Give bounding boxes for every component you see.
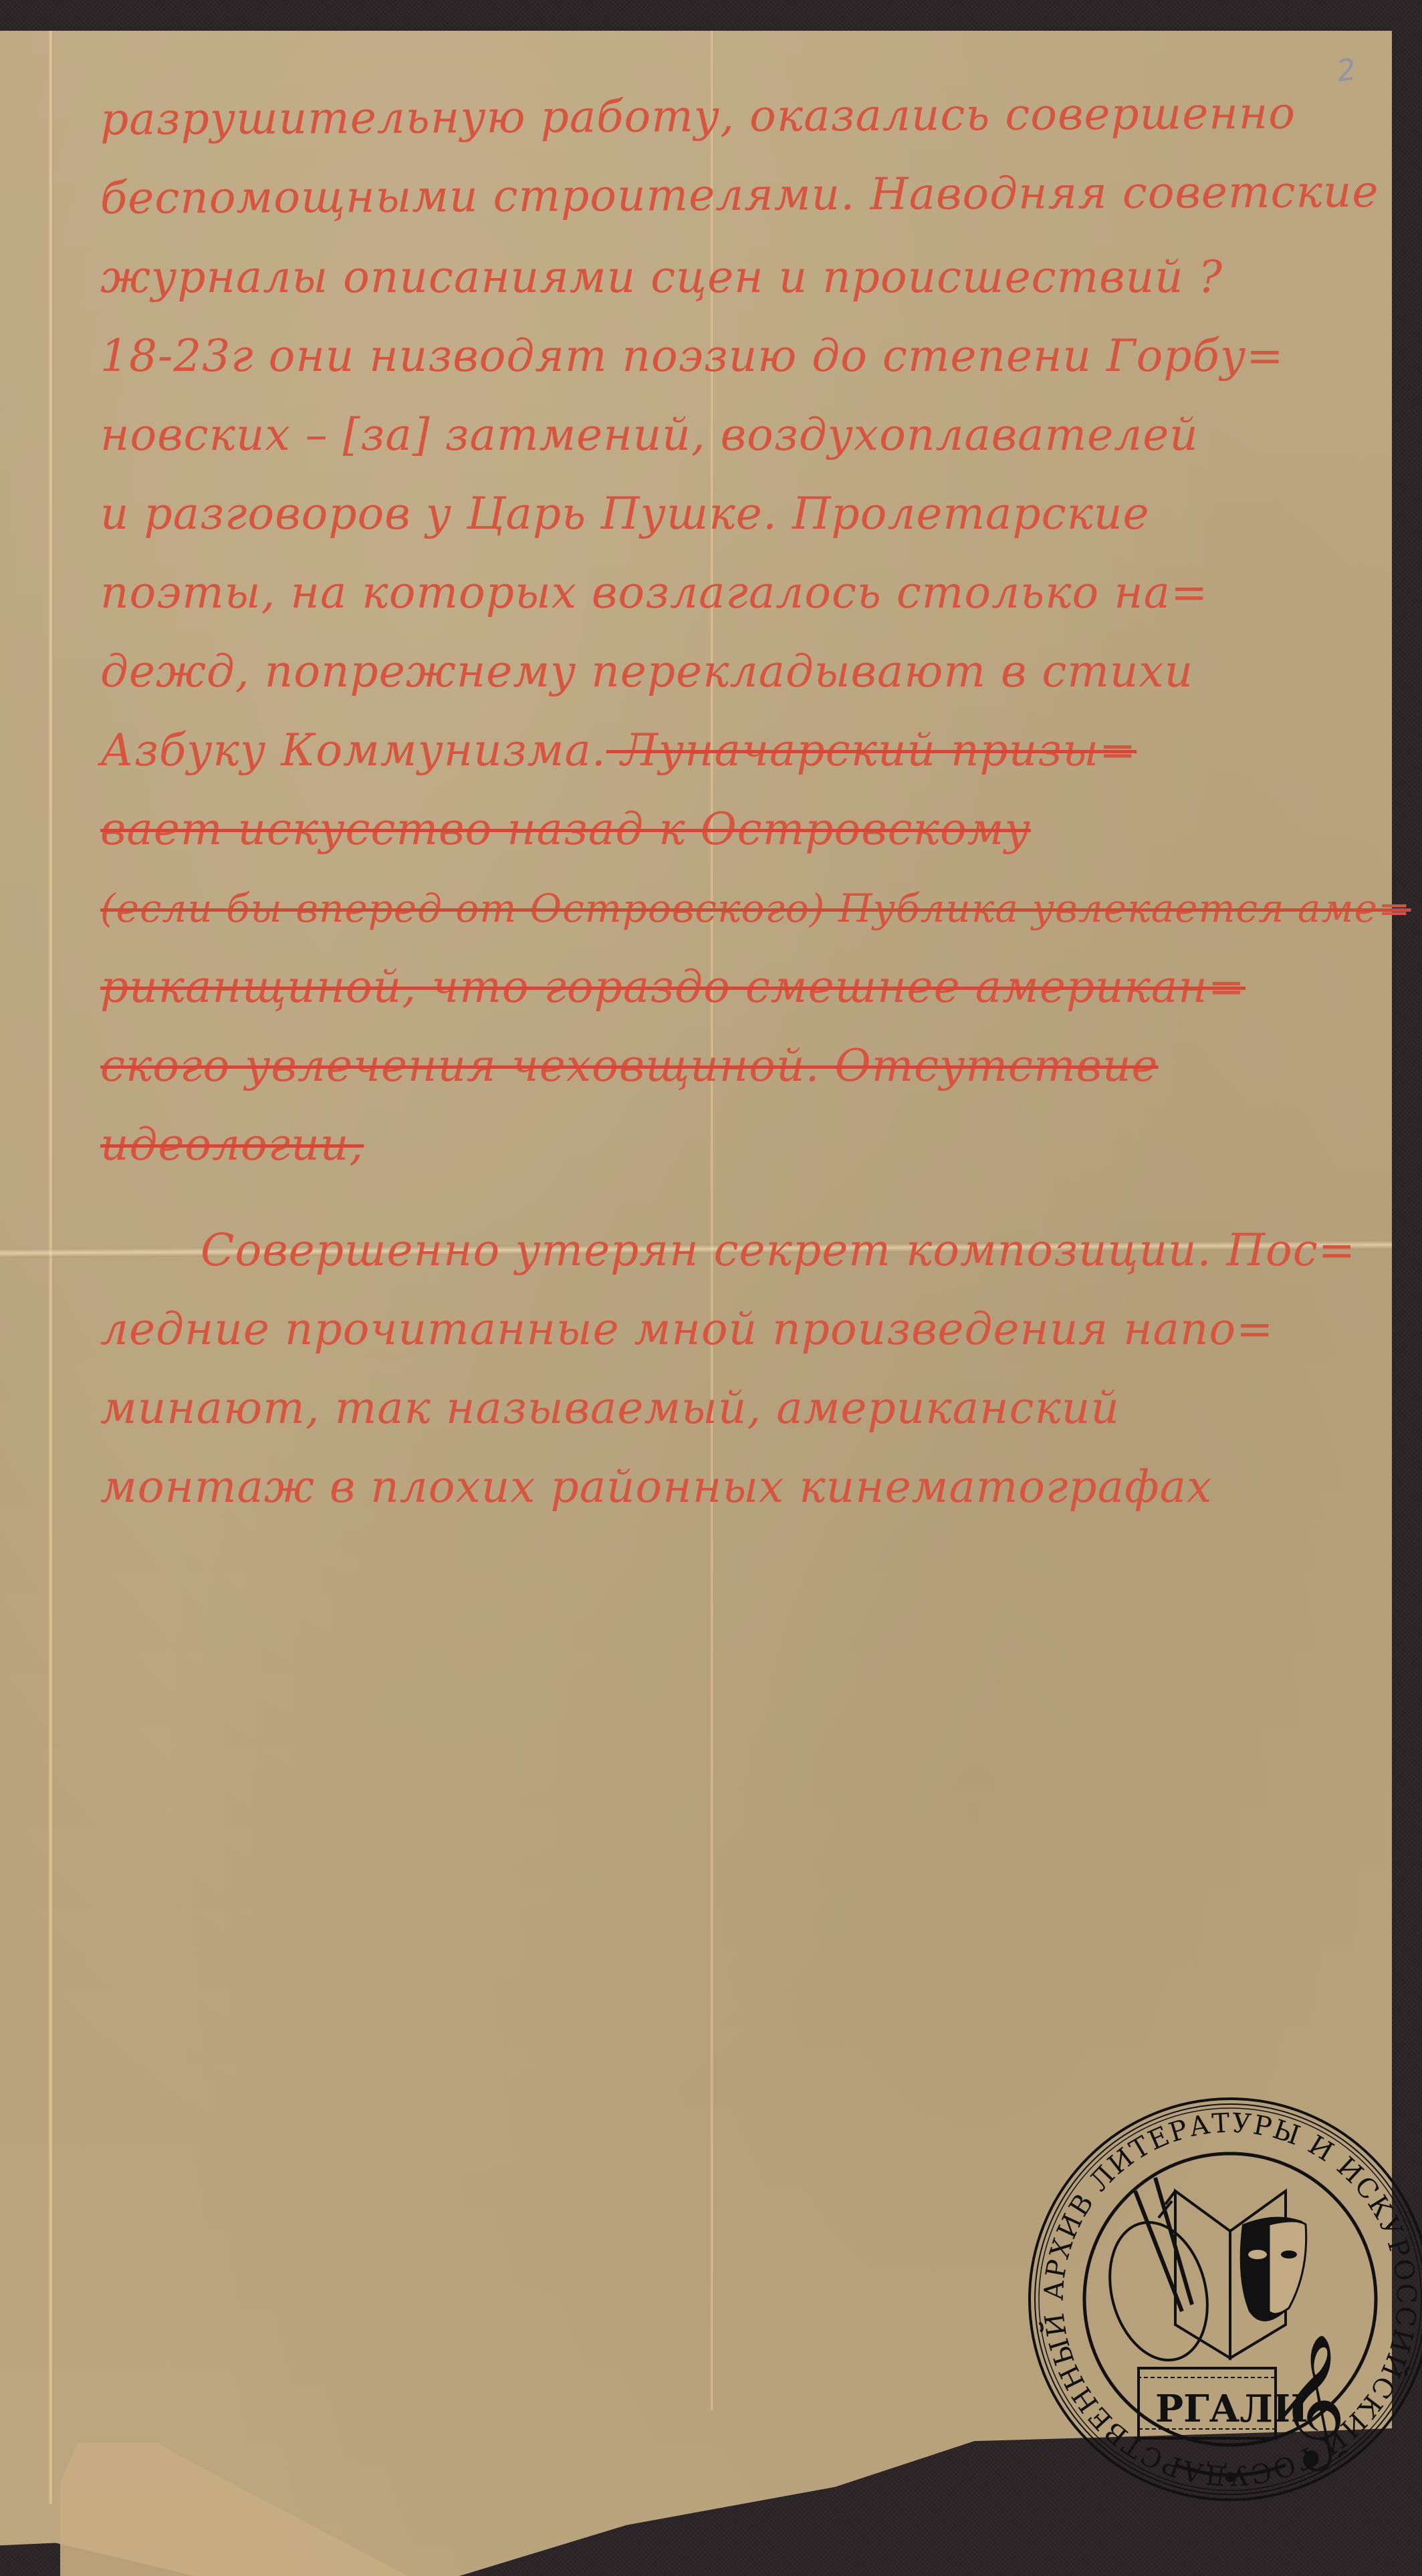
text-line-struck: ского увлечения чеховщиной. Отсутствие bbox=[100, 1027, 1384, 1106]
text-line: Совершенно утерян секрет композиции. Пос… bbox=[100, 1211, 1384, 1290]
text-line: Азбуку Коммунизма. Луначарский призы= bbox=[100, 711, 1384, 790]
text-line-struck: вает искусство назад к Островскому bbox=[100, 790, 1384, 869]
text-line: разрушительную работу, оказались соверше… bbox=[100, 74, 1385, 159]
text-line: монтаж в плохих районных кинематографах bbox=[100, 1448, 1384, 1527]
archive-stamp: РОССИЙСКИЙ ГОСУДАРСТВЕННЫЙ АРХИВ ЛИТЕРАТ… bbox=[1022, 2091, 1422, 2508]
text-line: и разговоров у Царь Пушке. Пролетарские bbox=[100, 475, 1384, 553]
text-line-struck: риканщиной, что гораздо смешнее американ… bbox=[100, 948, 1384, 1027]
svg-text:𝄞: 𝄞 bbox=[1279, 2333, 1346, 2471]
text-line: дежд, попрежнему перекладывают в стихи bbox=[100, 632, 1384, 711]
text-line: беспомощными строителями. Наводняя совет… bbox=[100, 152, 1385, 238]
text-line: 18-23г они низводят поэзию до степени Го… bbox=[100, 317, 1384, 396]
text-line: новских – [за] затмений, воздухоплавател… bbox=[100, 396, 1384, 475]
text-line-struck: (если бы вперед от Островского) Публика … bbox=[100, 869, 1384, 948]
text-line-struck: идеологии, bbox=[100, 1106, 1384, 1184]
treble-clef-icon: 𝄞 bbox=[1279, 2333, 1346, 2471]
paper-fold-left bbox=[48, 31, 53, 2504]
handwritten-text: разрушительную работу, оказались соверше… bbox=[100, 80, 1384, 1527]
text-line: ледние прочитанные мной произведения нап… bbox=[100, 1290, 1384, 1369]
text-line: журналы описаниями сцен и происшествий ? bbox=[100, 238, 1384, 317]
text-line: минают, так называемый, американский bbox=[100, 1369, 1384, 1448]
theater-mask-icon bbox=[1240, 2217, 1306, 2321]
struck-text: Луначарский призы= bbox=[606, 725, 1137, 776]
text-line: поэты, на которых возлагалось столько на… bbox=[100, 553, 1384, 632]
